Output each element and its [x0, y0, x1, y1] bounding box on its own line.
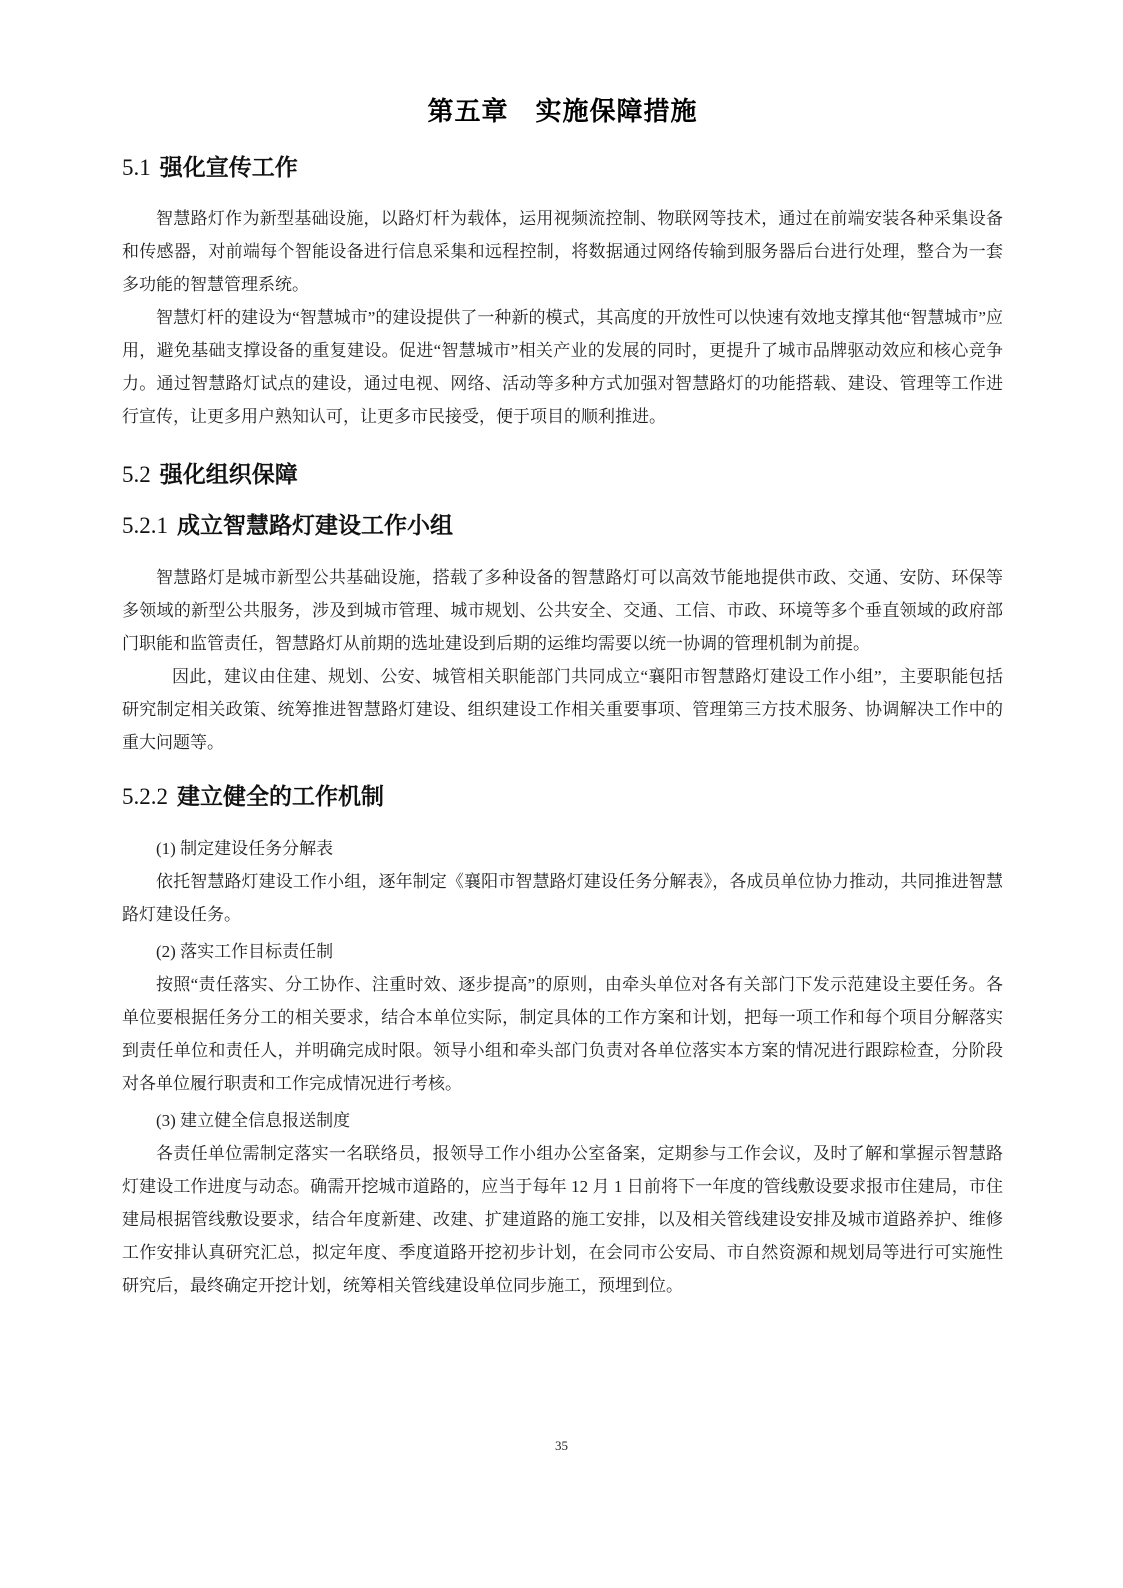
list-item-2-label: (2) 落实工作目标责任制	[122, 935, 1003, 968]
section-title-5-1: 强化宣传工作	[160, 154, 298, 180]
paragraph-5-2-1-context: 智慧路灯是城市新型公共基础设施，搭载了多种设备的智慧路灯可以高效节能地提供市政、…	[122, 561, 1003, 660]
section-title-5-2-1: 成立智慧路灯建设工作小组	[177, 512, 453, 538]
section-heading-5-2: 5.2强化组织保障	[122, 461, 1003, 488]
paragraph-item-3: 各责任单位需制定落实一名联络员，报领导工作小组办公室备案，定期参与工作会议，及时…	[122, 1137, 1003, 1302]
section-title-5-2-2: 建立健全的工作机制	[177, 783, 384, 809]
section-heading-5-1: 5.1强化宣传工作	[122, 154, 1003, 181]
list-item-3-label: (3) 建立健全信息报送制度	[122, 1104, 1003, 1137]
page-number: 35	[0, 1438, 1123, 1454]
paragraph-5-1-intro: 智慧路灯作为新型基础设施，以路灯杆为载体，运用视频流控制、物联网等技术，通过在前…	[122, 202, 1003, 301]
document-page: 第五章 实施保障措施 5.1强化宣传工作 智慧路灯作为新型基础设施，以路灯杆为载…	[0, 0, 1123, 1588]
list-item-1-label: (1) 制定建设任务分解表	[122, 832, 1003, 865]
section-title-5-2: 强化组织保障	[160, 461, 298, 487]
section-number-5-2: 5.2	[122, 462, 160, 487]
paragraph-5-2-1-proposal: 因此，建议由住建、规划、公安、城管相关职能部门共同成立“襄阳市智慧路灯建设工作小…	[122, 660, 1003, 759]
section-number-5-2-2: 5.2.2	[122, 784, 177, 809]
chapter-title: 第五章 实施保障措施	[122, 96, 1003, 126]
section-heading-5-2-1: 5.2.1成立智慧路灯建设工作小组	[122, 512, 1003, 539]
section-number-5-1: 5.1	[122, 155, 160, 180]
paragraph-item-2: 按照“责任落实、分工协作、注重时效、逐步提高”的原则，由牵头单位对各有关部门下发…	[122, 968, 1003, 1100]
paragraph-5-1-benefits: 智慧灯杆的建设为“智慧城市”的建设提供了一种新的模式，其高度的开放性可以快速有效…	[122, 301, 1003, 433]
paragraph-item-1: 依托智慧路灯建设工作小组，逐年制定《襄阳市智慧路灯建设任务分解表》，各成员单位协…	[122, 865, 1003, 931]
section-number-5-2-1: 5.2.1	[122, 513, 177, 538]
section-heading-5-2-2: 5.2.2建立健全的工作机制	[122, 783, 1003, 810]
